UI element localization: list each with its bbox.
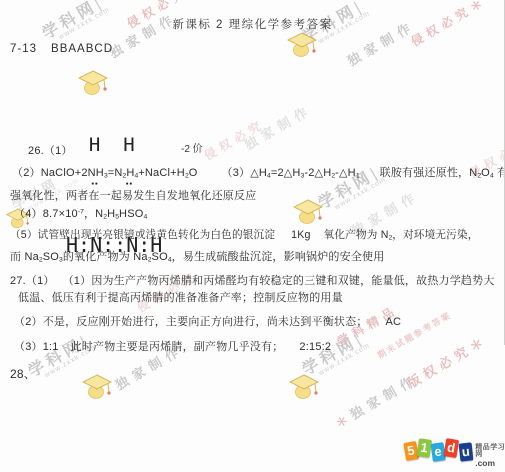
document-page: 学科网| www.zxxk.com 学科网| www.zxxk.com 学科网|… xyxy=(0,0,505,472)
logo-tile: d xyxy=(443,438,458,458)
answer-line-27-3: （3）1:1此时产物主要是丙烯腈，副产物几乎没有；2:15:2 xyxy=(14,338,331,354)
zxxk-cap-icon xyxy=(78,70,108,102)
watermark-rights: 侵权必究 xyxy=(201,115,268,164)
zxxk-cap-icon xyxy=(287,32,317,64)
site-logo-51edu: 5 1 e d u 精品学习网 .com xyxy=(404,438,505,468)
answer-line-26-3-cont: 强氧化性，两者在一起易发生自发地氧化还原反应 xyxy=(10,187,256,203)
answer-line-27-2: （2）不是，反应刚开始进行，主要向正方向进行，尚未达到平衡状态；AC xyxy=(14,313,401,329)
watermark-made: 独家制作 xyxy=(240,99,315,153)
zxxk-cap-icon xyxy=(289,374,319,406)
logo-text: 精品学习网 .com xyxy=(475,438,505,468)
answer-line-27-1: 27.（1）（1）因为生产产物丙烯腈和丙烯醛均有较稳定的三键和双键，能量低，故热… xyxy=(10,272,505,288)
logo-tile: u xyxy=(458,442,472,461)
watermark-made: ＊独家制作 xyxy=(331,369,421,432)
answer-line-26-5: （5）试管壁出现光亮银镜或浅黄色转化为白色的银沉淀1Kg氧化产物为 N2，对环境… xyxy=(10,227,479,242)
logo-tile: 1 xyxy=(416,438,431,458)
answer-line-27-1-cont: 低温、低压有利于提高丙烯腈的准备准备产率；控制反应物的用量 xyxy=(18,289,343,305)
question-28-label: 28、 xyxy=(10,365,36,382)
page-title: 新课标 2 理综化学参考答案 xyxy=(0,16,505,32)
watermark-copyright: 版权必究＊ xyxy=(403,330,490,391)
answer-line-26-4: （4）8.7×10-7，N2H5HSO4 xyxy=(14,205,147,221)
answer-line-26-5-cont: 而 Na2SO3的氧化产物为 Na2SO4，易生成硫酸盐沉淀，影响锅炉的安全使用 xyxy=(10,248,384,264)
answer-line-26-2-3: （2）NaClO+2NH3=N2H4+NaCl+H2O（3）△H4=2△H3-2… xyxy=(12,164,505,180)
valence-label: -2 价 xyxy=(181,140,203,155)
zxxk-cap-icon xyxy=(82,374,112,406)
watermark-brand: 学科网| www.zxxk.com xyxy=(297,325,371,383)
multiple-choice-answers: 7-13BBAABCD xyxy=(10,43,113,55)
